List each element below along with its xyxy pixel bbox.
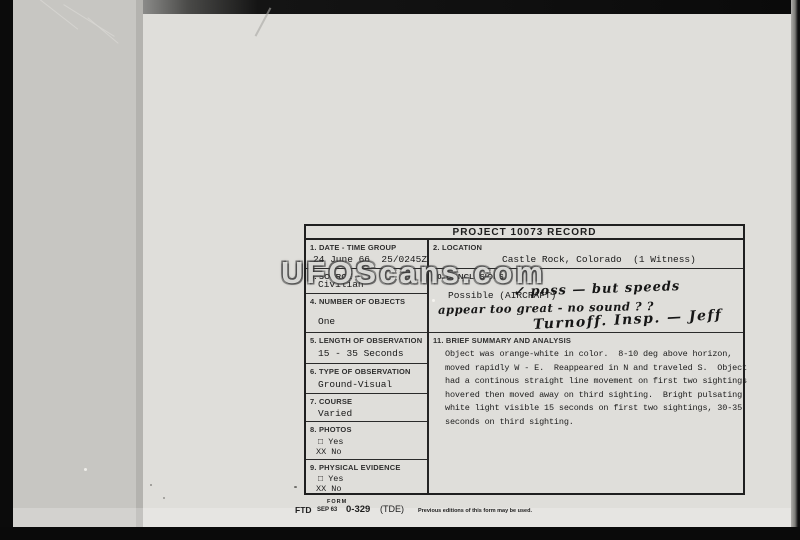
summary-line: seconds on third sighting.: [445, 416, 747, 430]
field-label: 2. LOCATION: [433, 243, 482, 252]
photos-no-option: XX No: [316, 447, 342, 457]
physical-evidence-yes-option: □ Yes: [318, 474, 344, 484]
field-label: 1. DATE - TIME GROUP: [310, 243, 396, 252]
scanned-document-canvas: PROJECT 10073 RECORD 1. DATE - TIME GROU…: [0, 0, 800, 540]
field-photos: 8. PHOTOS □ Yes XX No: [306, 422, 427, 460]
crease-mark: [40, 0, 78, 30]
footer-form-suffix: (TDE): [380, 504, 404, 514]
field-type-of-observation: 6. TYPE OF OBSERVATION Ground-Visual: [306, 364, 427, 394]
field-label: 8. PHOTOS: [310, 425, 352, 434]
footer-form-number: 0-329: [346, 504, 370, 515]
watermark-text: UFOScans.com: [281, 256, 546, 290]
scanner-right-edge: [791, 0, 800, 540]
field-label: 9. PHYSICAL EVIDENCE: [310, 463, 401, 472]
scan-speck: [84, 468, 87, 471]
summary-line: hovered then moved away on third sightin…: [445, 389, 747, 403]
field-label: 5. LENGTH OF OBSERVATION: [310, 336, 422, 345]
footer-org: FTD: [295, 505, 312, 515]
field-value: One: [318, 316, 335, 327]
crease-mark: [63, 4, 114, 37]
field-brief-summary: 11. BRIEF SUMMARY AND ANALYSIS Object wa…: [429, 333, 743, 493]
field-value: Varied: [318, 408, 352, 419]
photos-yes-option: □ Yes: [318, 437, 344, 447]
summary-text: Object was orange-white in color. 8-10 d…: [445, 348, 747, 429]
field-value: Ground-Visual: [318, 379, 392, 390]
field-length-of-observation: 5. LENGTH OF OBSERVATION 15 - 35 Seconds: [306, 333, 427, 364]
summary-line: Object was orange-white in color. 8-10 d…: [445, 348, 747, 362]
back-page-edge: [13, 0, 143, 527]
field-label: 6. TYPE OF OBSERVATION: [310, 367, 411, 376]
scan-speck: [150, 484, 152, 486]
field-label: 7. COURSE: [310, 397, 352, 406]
field-physical-evidence: 9. PHYSICAL EVIDENCE □ Yes XX No: [306, 460, 427, 495]
scan-speck: [163, 497, 165, 499]
form-title: PROJECT 10073 RECORD: [306, 226, 743, 240]
summary-line: had a continous straight line movement o…: [445, 375, 747, 389]
summary-line: white light visible 15 seconds on first …: [445, 402, 747, 416]
field-course: 7. COURSE Varied: [306, 394, 427, 422]
field-number-of-objects: 4. NUMBER OF OBJECTS One: [306, 294, 427, 333]
scanner-bottom-edge: [0, 527, 800, 540]
crease-mark: [87, 17, 118, 43]
physical-evidence-no-option: XX No: [316, 484, 342, 494]
summary-line: moved rapidly W - E. Reappeared in N and…: [445, 362, 747, 376]
scanner-top-edge: [143, 0, 800, 14]
footer-date: SEP 63: [317, 507, 337, 513]
field-label: 4. NUMBER OF OBJECTS: [310, 297, 405, 306]
footer-note: Previous editions of this form may be us…: [418, 508, 532, 514]
field-value: 15 - 35 Seconds: [318, 348, 404, 359]
field-label: 11. BRIEF SUMMARY AND ANALYSIS: [433, 336, 571, 345]
footer-form-word: FORM: [327, 499, 347, 505]
scan-speck: [294, 486, 297, 488]
